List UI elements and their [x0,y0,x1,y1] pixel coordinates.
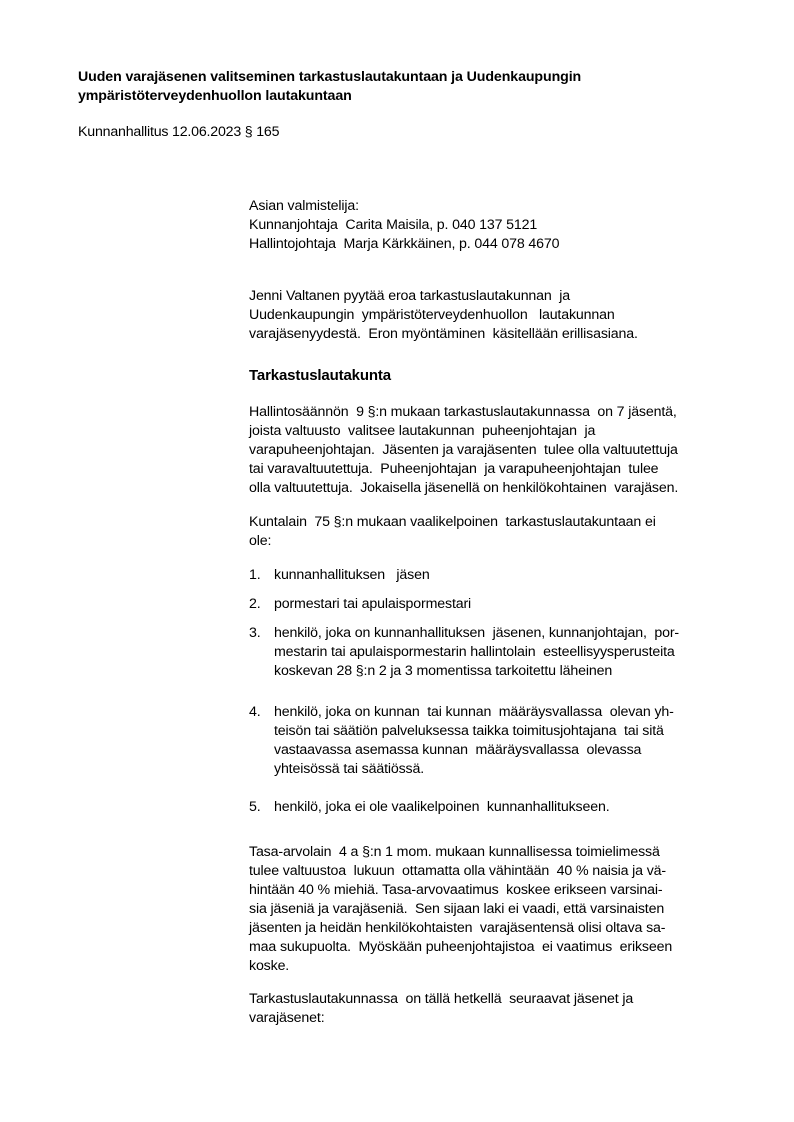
list-item: 3. henkilö, joka on kunnanhallituksen jä… [249,624,739,681]
rules-line: Hallintosäännön 9 §:n mukaan tarkastusla… [249,403,739,422]
equality-line: koske. [249,957,739,976]
title-line-1: Uuden varajäsenen valitseminen tarkastus… [78,68,718,87]
preparer-1: Kunnanjohtaja Carita Maisila, p. 040 137… [249,216,739,235]
title-line-2: ympäristöterveydenhuollon lautakuntaan [78,87,718,106]
preparer-label: Asian valmistelija: [249,197,739,216]
intro-line: Uudenkaupungin ympäristöterveydenhuollon… [249,306,739,325]
section-heading: Tarkastuslautakunta [249,366,739,385]
equality-line: sia jäseniä ja varajäseniä. Sen sijaan l… [249,900,739,919]
list-number: 3. [249,624,261,643]
law-line: ole: [249,532,739,551]
list-item: 1. kunnanhallituksen jäsen [249,566,739,585]
rules-line: olla valtuutettuja. Jokaisella jäsenellä… [249,479,739,498]
list-number: 2. [249,595,261,614]
preparer-block: Asian valmistelija: Kunnanjohtaja Carita… [249,197,739,254]
law-paragraph: Kuntalain 75 §:n mukaan vaalikelpoinen t… [249,513,739,551]
equality-line: jäsenten ja heidän henkilökohtaisten var… [249,919,739,938]
intro-paragraph: Jenni Valtanen pyytää eroa tarkastuslaut… [249,287,739,344]
rules-line: varapuheenjohtajan. Jäsenten ja varajäse… [249,441,739,460]
equality-line: hintään 40 % miehiä. Tasa-arvovaatimus k… [249,881,739,900]
current-line: Tarkastuslautakunnassa on tällä hetkellä… [249,990,739,1009]
list-text: yhteisössä tai säätiössä. [274,760,739,779]
list-text: vastaavassa asemassa kunnan määräysvalla… [274,741,739,760]
law-line: Kuntalain 75 §:n mukaan vaalikelpoinen t… [249,513,739,532]
list-text: henkilö, joka on kunnan tai kunnan määrä… [274,703,739,722]
list-text: koskevan 28 §:n 2 ja 3 momentissa tarkoi… [274,662,739,681]
current-members-paragraph: Tarkastuslautakunnassa on tällä hetkellä… [249,990,739,1028]
document-title: Uuden varajäsenen valitseminen tarkastus… [78,68,718,106]
rules-line: tai varavaltuutettuja. Puheenjohtajan ja… [249,460,739,479]
list-number: 4. [249,703,261,722]
current-line: varajäsenet: [249,1009,739,1028]
rules-paragraph: Hallintosäännön 9 §:n mukaan tarkastusla… [249,403,739,498]
list-text: pormestari tai apulaispormestari [274,595,739,614]
list-text: henkilö, joka ei ole vaalikelpoinen kunn… [274,798,739,817]
list-text: henkilö, joka on kunnanhallituksen jäsen… [274,624,739,643]
intro-line: Jenni Valtanen pyytää eroa tarkastuslaut… [249,287,739,306]
list-item: 5. henkilö, joka ei ole vaalikelpoinen k… [249,798,739,817]
equality-line: tulee valtuustoa lukuun ottamatta olla v… [249,862,739,881]
list-item: 2. pormestari tai apulaispormestari [249,595,739,614]
list-number: 1. [249,566,261,585]
equality-paragraph: Tasa-arvolain 4 a §:n 1 mom. mukaan kunn… [249,843,739,976]
list-number: 5. [249,798,261,817]
list-item: 4. henkilö, joka on kunnan tai kunnan mä… [249,703,739,779]
ineligible-list: 1. kunnanhallituksen jäsen 2. pormestari… [249,566,739,827]
equality-line: maa sukupuolta. Myöskään puheenjohtajist… [249,938,739,957]
intro-line: varajäsenyydestä. Eron myöntäminen käsit… [249,325,739,344]
preparer-2: Hallintojohtaja Marja Kärkkäinen, p. 044… [249,235,739,254]
list-text: teisön tai säätiön palveluksessa taikka … [274,722,739,741]
equality-line: Tasa-arvolain 4 a §:n 1 mom. mukaan kunn… [249,843,739,862]
rules-line: joista valtuusto valitsee lautakunnan pu… [249,422,739,441]
meeting-reference: Kunnanhallitus 12.06.2023 § 165 [78,123,279,142]
list-text: kunnanhallituksen jäsen [274,566,739,585]
list-text: mestarin tai apulaispormestarin hallinto… [274,643,739,662]
